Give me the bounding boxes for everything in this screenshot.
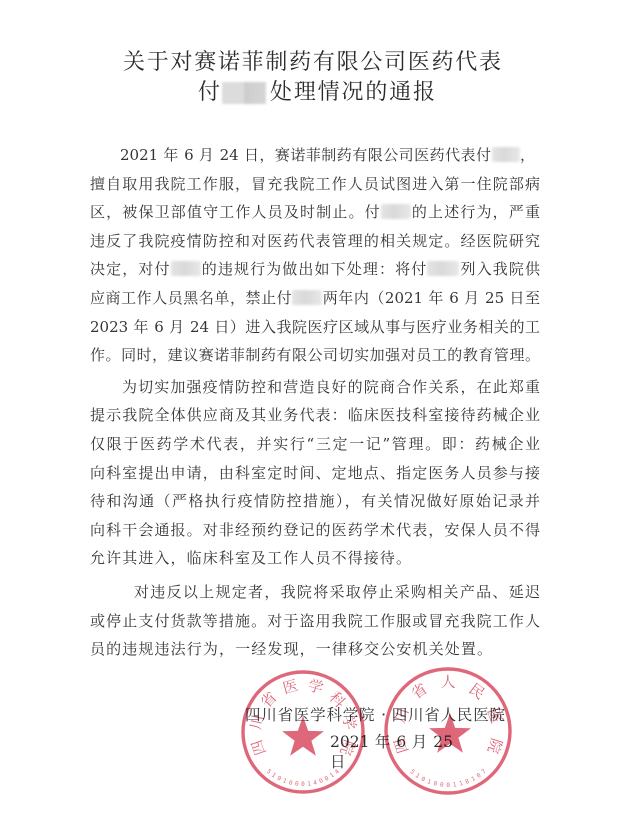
text-segment: 两年内（2021 年 6 月 25 日至: [322, 289, 540, 307]
body-line: 待和沟通（严格执行疫情防控措施），有关情况做好原始记录并: [90, 491, 540, 511]
body-line: 对违反以上规定者，我院将采取停止采购相关产品、延迟: [134, 582, 540, 602]
seal-right: 四川省人民医院 5101000118107: [386, 669, 510, 793]
document-title-line-1: 关于对赛诺菲制药有限公司医药代表: [123, 50, 501, 76]
seal-serial: 5101000118107: [409, 768, 489, 789]
body-line: 或停止支付货款等措施。对于盗用我院工作服或冒充我院工作人: [90, 611, 540, 631]
redacted-name: [292, 290, 322, 305]
seal-serial-text: 5101000118107: [409, 768, 489, 789]
body-line: 向科干会通报。对非经预约登记的医药学术代表，安保人员不得: [90, 520, 540, 540]
body-line: 2023 年 6 月 24 日）进入我院医疗区域从事与医疗业务相关的工: [90, 317, 540, 337]
text-segment: 2021 年 6 月 24 日，赛诺菲制药有限公司医药代表付: [120, 146, 492, 164]
body-line: 提示我院全体供应商及其业务代表：临床医技科室接待药械企业: [90, 405, 540, 425]
redacted-name: [171, 261, 201, 276]
body-line: 仅限于医药学术代表，并实行“三定一记”管理。即：药械企业: [90, 434, 540, 454]
redacted-name: [427, 261, 459, 276]
text-segment: 列入我院供: [459, 260, 540, 278]
notice-document: 关于对赛诺菲制药有限公司医药代表 付 处理情况的通报 2021 年 6 月 24…: [0, 0, 640, 819]
body-line: 为切实加强疫情防控和营造良好的院商合作关系，在此郑重: [122, 377, 540, 397]
body-line: 区，被保卫部值守工作人员及时制止。付的上述行为，严重: [90, 202, 540, 222]
body-line: 员的违规违法行为，一经发现，一律移交公安机关处置。: [90, 639, 492, 659]
body-line: 应商工作人员黑名单，禁止付两年内（2021 年 6 月 25 日至: [90, 288, 540, 308]
body-line: 允许其进入，临床科室及工作人员不得接待。: [90, 548, 411, 568]
text-segment: 应商工作人员黑名单，禁止付: [90, 289, 292, 307]
body-line: 作。同时，建议赛诺菲制药有限公司切实加强对员工的教育管理。: [90, 345, 540, 365]
text-segment: ，: [520, 146, 535, 164]
body-line: 擅自取用我院工作服，冒充我院工作人员试图进入第一住院部病: [90, 174, 540, 194]
redacted-name: [492, 147, 520, 162]
seal-ring: [386, 669, 510, 793]
text-segment: 决定，对付: [90, 260, 171, 278]
body-line: 向科室提出申请，由科室定时间、定地点、指定医务人员参与接: [90, 463, 540, 483]
body-line: 决定，对付的违规行为做出如下处理：将付列入我院供: [90, 259, 540, 279]
text-segment: 区，被保卫部值守工作人员及时制止。付: [90, 203, 381, 221]
redacted-name: [222, 82, 266, 104]
text-segment: 的违规行为做出如下处理：将付: [201, 260, 428, 278]
body-line: 违反了我院疫情防控和对医药代表管理的相关规定。经医院研究: [90, 231, 540, 251]
issuing-organizations: 四川省医学科学院 · 四川省人民医院: [245, 705, 505, 725]
text-segment: 的上述行为，严重: [411, 203, 540, 221]
redacted-name: [381, 204, 411, 219]
document-title-suffix: 处理情况的通报: [270, 80, 435, 106]
issue-date: 2021 年 6 月 25 日: [330, 732, 453, 752]
body-line: 2021 年 6 月 24 日，赛诺菲制药有限公司医药代表付，: [120, 145, 535, 165]
document-title-prefix: 付: [198, 80, 222, 106]
